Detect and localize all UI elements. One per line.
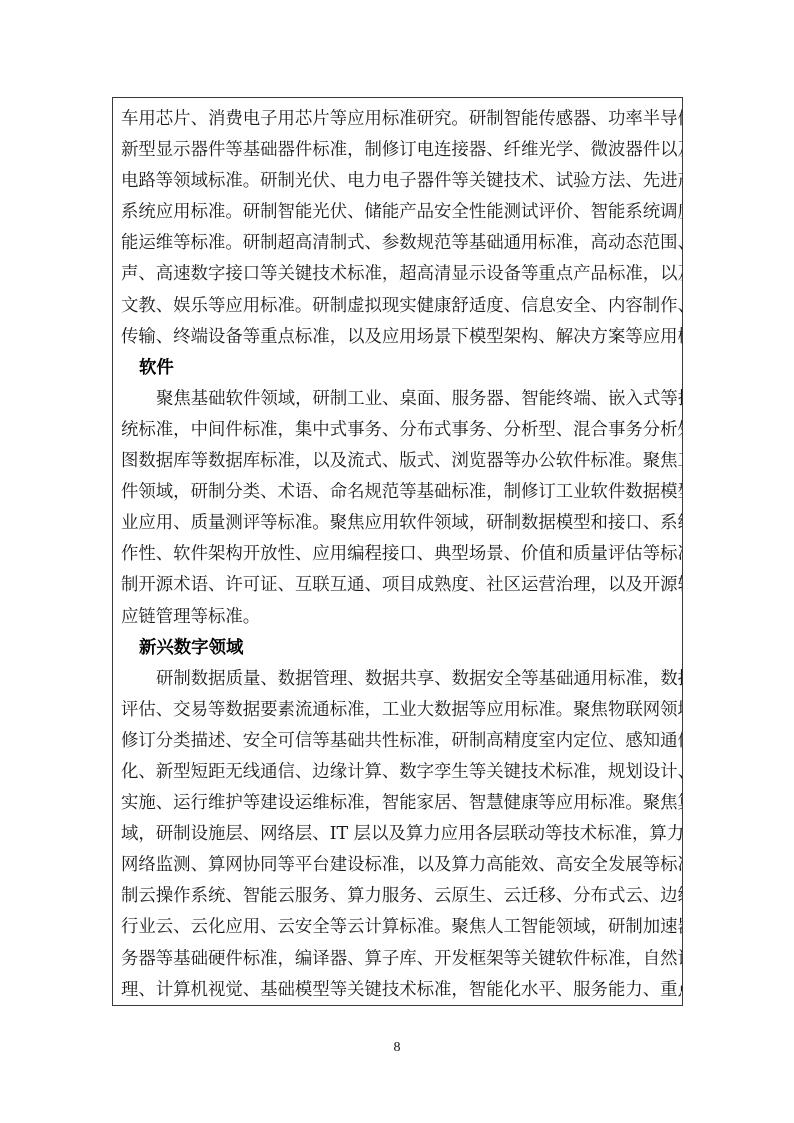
paragraph-line: 网络监测、算网协同等平台建设标准，以及算力高能效、高安全发展等标准。研 bbox=[121, 850, 676, 881]
paragraph-line: 文教、娱乐等应用标准。研制虚拟现实健康舒适度、信息安全、内容制作、编码 bbox=[121, 291, 676, 322]
paragraph-line: 域，研制设施层、网络层、IT 层以及算力应用各层联动等技术标准，算力调度、 bbox=[121, 819, 676, 850]
paragraph-line: 新型显示器件等基础器件标准，制修订电连接器、纤维光学、微波器件以及印制 bbox=[121, 135, 676, 166]
paragraph-line: 聚焦基础软件领域，研制工业、桌面、服务器、智能终端、嵌入式等操作系 bbox=[121, 384, 676, 415]
paragraph-line: 声、高速数字接口等关键技术标准，超高清显示设备等重点产品标准，以及车载、 bbox=[121, 259, 676, 290]
paragraph-line: 制开源术语、许可证、互联互通、项目成熟度、社区运营治理，以及开源软件供 bbox=[121, 570, 676, 601]
paragraph-line: 修订分类描述、安全可信等基础共性标准，研制高精度室内定位、感知通信一体 bbox=[121, 726, 676, 757]
paragraph-line: 化、新型短距无线通信、边缘计算、数字孪生等关键技术标准，规划设计、部署 bbox=[121, 757, 676, 788]
document-text-box: 车用芯片、消费电子用芯片等应用标准研究。研制智能传感器、功率半导体器件、 新型显… bbox=[112, 97, 683, 1006]
paragraph-line: 图数据库等数据库标准，以及流式、版式、浏览器等办公软件标准。聚焦工业软 bbox=[121, 446, 676, 477]
paragraph-line: 统标准，中间件标准，集中式事务、分布式事务、分析型、混合事务分析处理、 bbox=[121, 415, 676, 446]
paragraph-line: 评估、交易等数据要素流通标准，工业大数据等应用标准。聚焦物联网领域，制 bbox=[121, 695, 676, 726]
paragraph-line: 件领域，研制分类、术语、命名规范等基础标准，制修订工业软件数据模型、行 bbox=[121, 477, 676, 508]
paragraph-line: 车用芯片、消费电子用芯片等应用标准研究。研制智能传感器、功率半导体器件、 bbox=[121, 104, 676, 135]
document-body: 车用芯片、消费电子用芯片等应用标准研究。研制智能传感器、功率半导体器件、 新型显… bbox=[121, 104, 676, 1006]
paragraph-line: 行业云、云化应用、云安全等云计算标准。聚焦人工智能领域，研制加速器、服 bbox=[121, 912, 676, 943]
paragraph-line: 电路等领域标准。研制光伏、电力电子器件等关键技术、试验方法、先进产品、 bbox=[121, 166, 676, 197]
paragraph-line: 实施、运行维护等建设运维标准，智能家居、智慧健康等应用标准。聚焦算力领 bbox=[121, 788, 676, 819]
paragraph-line: 应链管理等标准。 bbox=[121, 602, 676, 633]
paragraph-line: 务器等基础硬件标准，编译器、算子库、开发框架等关键软件标准，自然语言处 bbox=[121, 944, 676, 975]
paragraph-line: 制云操作系统、智能云服务、算力服务、云原生、云迁移、分布式云、边缘云、 bbox=[121, 881, 676, 912]
paragraph-line: 能运维等标准。研制超高清制式、参数规范等基础通用标准，高动态范围、三维 bbox=[121, 228, 676, 259]
section-heading-emerging-digital: 新兴数字领域 bbox=[121, 633, 676, 664]
paragraph-line: 理、计算机视觉、基础模型等关键技术标准，智能化水平、服务能力、重点行业 bbox=[121, 975, 676, 1006]
paragraph-line: 传输、终端设备等重点标准，以及应用场景下模型架构、解决方案等应用标准。 bbox=[121, 322, 676, 353]
paragraph-line: 业应用、质量测评等标准。聚焦应用软件领域，研制数据模型和接口、系统互操 bbox=[121, 508, 676, 539]
paragraph-line: 系统应用标准。研制智能光伏、储能产品安全性能测试评价、智能系统调度、智 bbox=[121, 197, 676, 228]
paragraph-line: 作性、软件架构开放性、应用编程接口、典型场景、价值和质量评估等标准。研 bbox=[121, 539, 676, 570]
section-heading-software: 软件 bbox=[121, 353, 676, 384]
page-number: 8 bbox=[0, 1040, 794, 1056]
paragraph-line: 研制数据质量、数据管理、数据共享、数据安全等基础通用标准，数据登记、 bbox=[121, 664, 676, 695]
